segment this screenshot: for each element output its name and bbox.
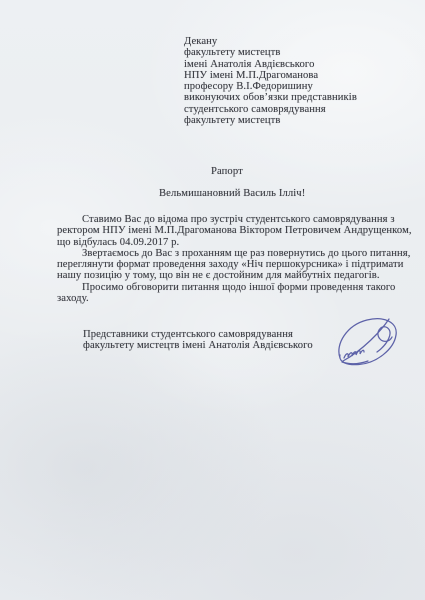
scanned-letter-page: Декану факультету мистецтв імені Анатолі… [0, 0, 425, 600]
body-line: нашу позицію у тому, що він не є достойн… [57, 270, 412, 281]
body-line: заходу. [57, 293, 412, 304]
body-line: переглянути формат проведення заходу «Ні… [57, 259, 412, 270]
body-line: Просимо обговорити питання щодо іншої фо… [82, 282, 412, 293]
recipient-line: студентського самоврядування [184, 104, 357, 115]
handwritten-signature [332, 313, 402, 373]
recipient-line: професору В.І.Федоришину [184, 81, 357, 92]
recipient-line: факультету мистецтв [184, 47, 357, 58]
signoff-line: факультету мистецтв імені Анатолія Авдіє… [83, 340, 313, 351]
body-line: Ставимо Вас до відома про зустріч студен… [82, 214, 412, 225]
recipient-line: імені Анатолія Авдієвського [184, 59, 357, 70]
salutation: Вельмишановний Василь Ілліч! [159, 188, 305, 199]
signoff-line: Представники студентського самоврядуванн… [83, 329, 313, 340]
letter-title: Рапорт [211, 166, 243, 177]
signoff-block: Представники студентського самоврядуванн… [83, 329, 313, 352]
letter-body: Ставимо Вас до відома про зустріч студен… [57, 214, 412, 304]
recipient-block: Декану факультету мистецтв імені Анатолі… [184, 36, 357, 126]
signature-scribble-icon [332, 313, 402, 373]
recipient-line: НПУ імені М.П.Драгоманова [184, 70, 357, 81]
body-line: що відбулась 04.09.2017 р. [57, 237, 412, 248]
recipient-line: факультету мистецтв [184, 115, 357, 126]
body-line: ректором НПУ імені М.П.Драгоманова Вікто… [57, 225, 412, 236]
recipient-line: Декану [184, 36, 357, 47]
body-line: Звертаємось до Вас з проханням ще раз по… [82, 248, 412, 259]
recipient-line: виконуючих обов’язки представників [184, 92, 357, 103]
